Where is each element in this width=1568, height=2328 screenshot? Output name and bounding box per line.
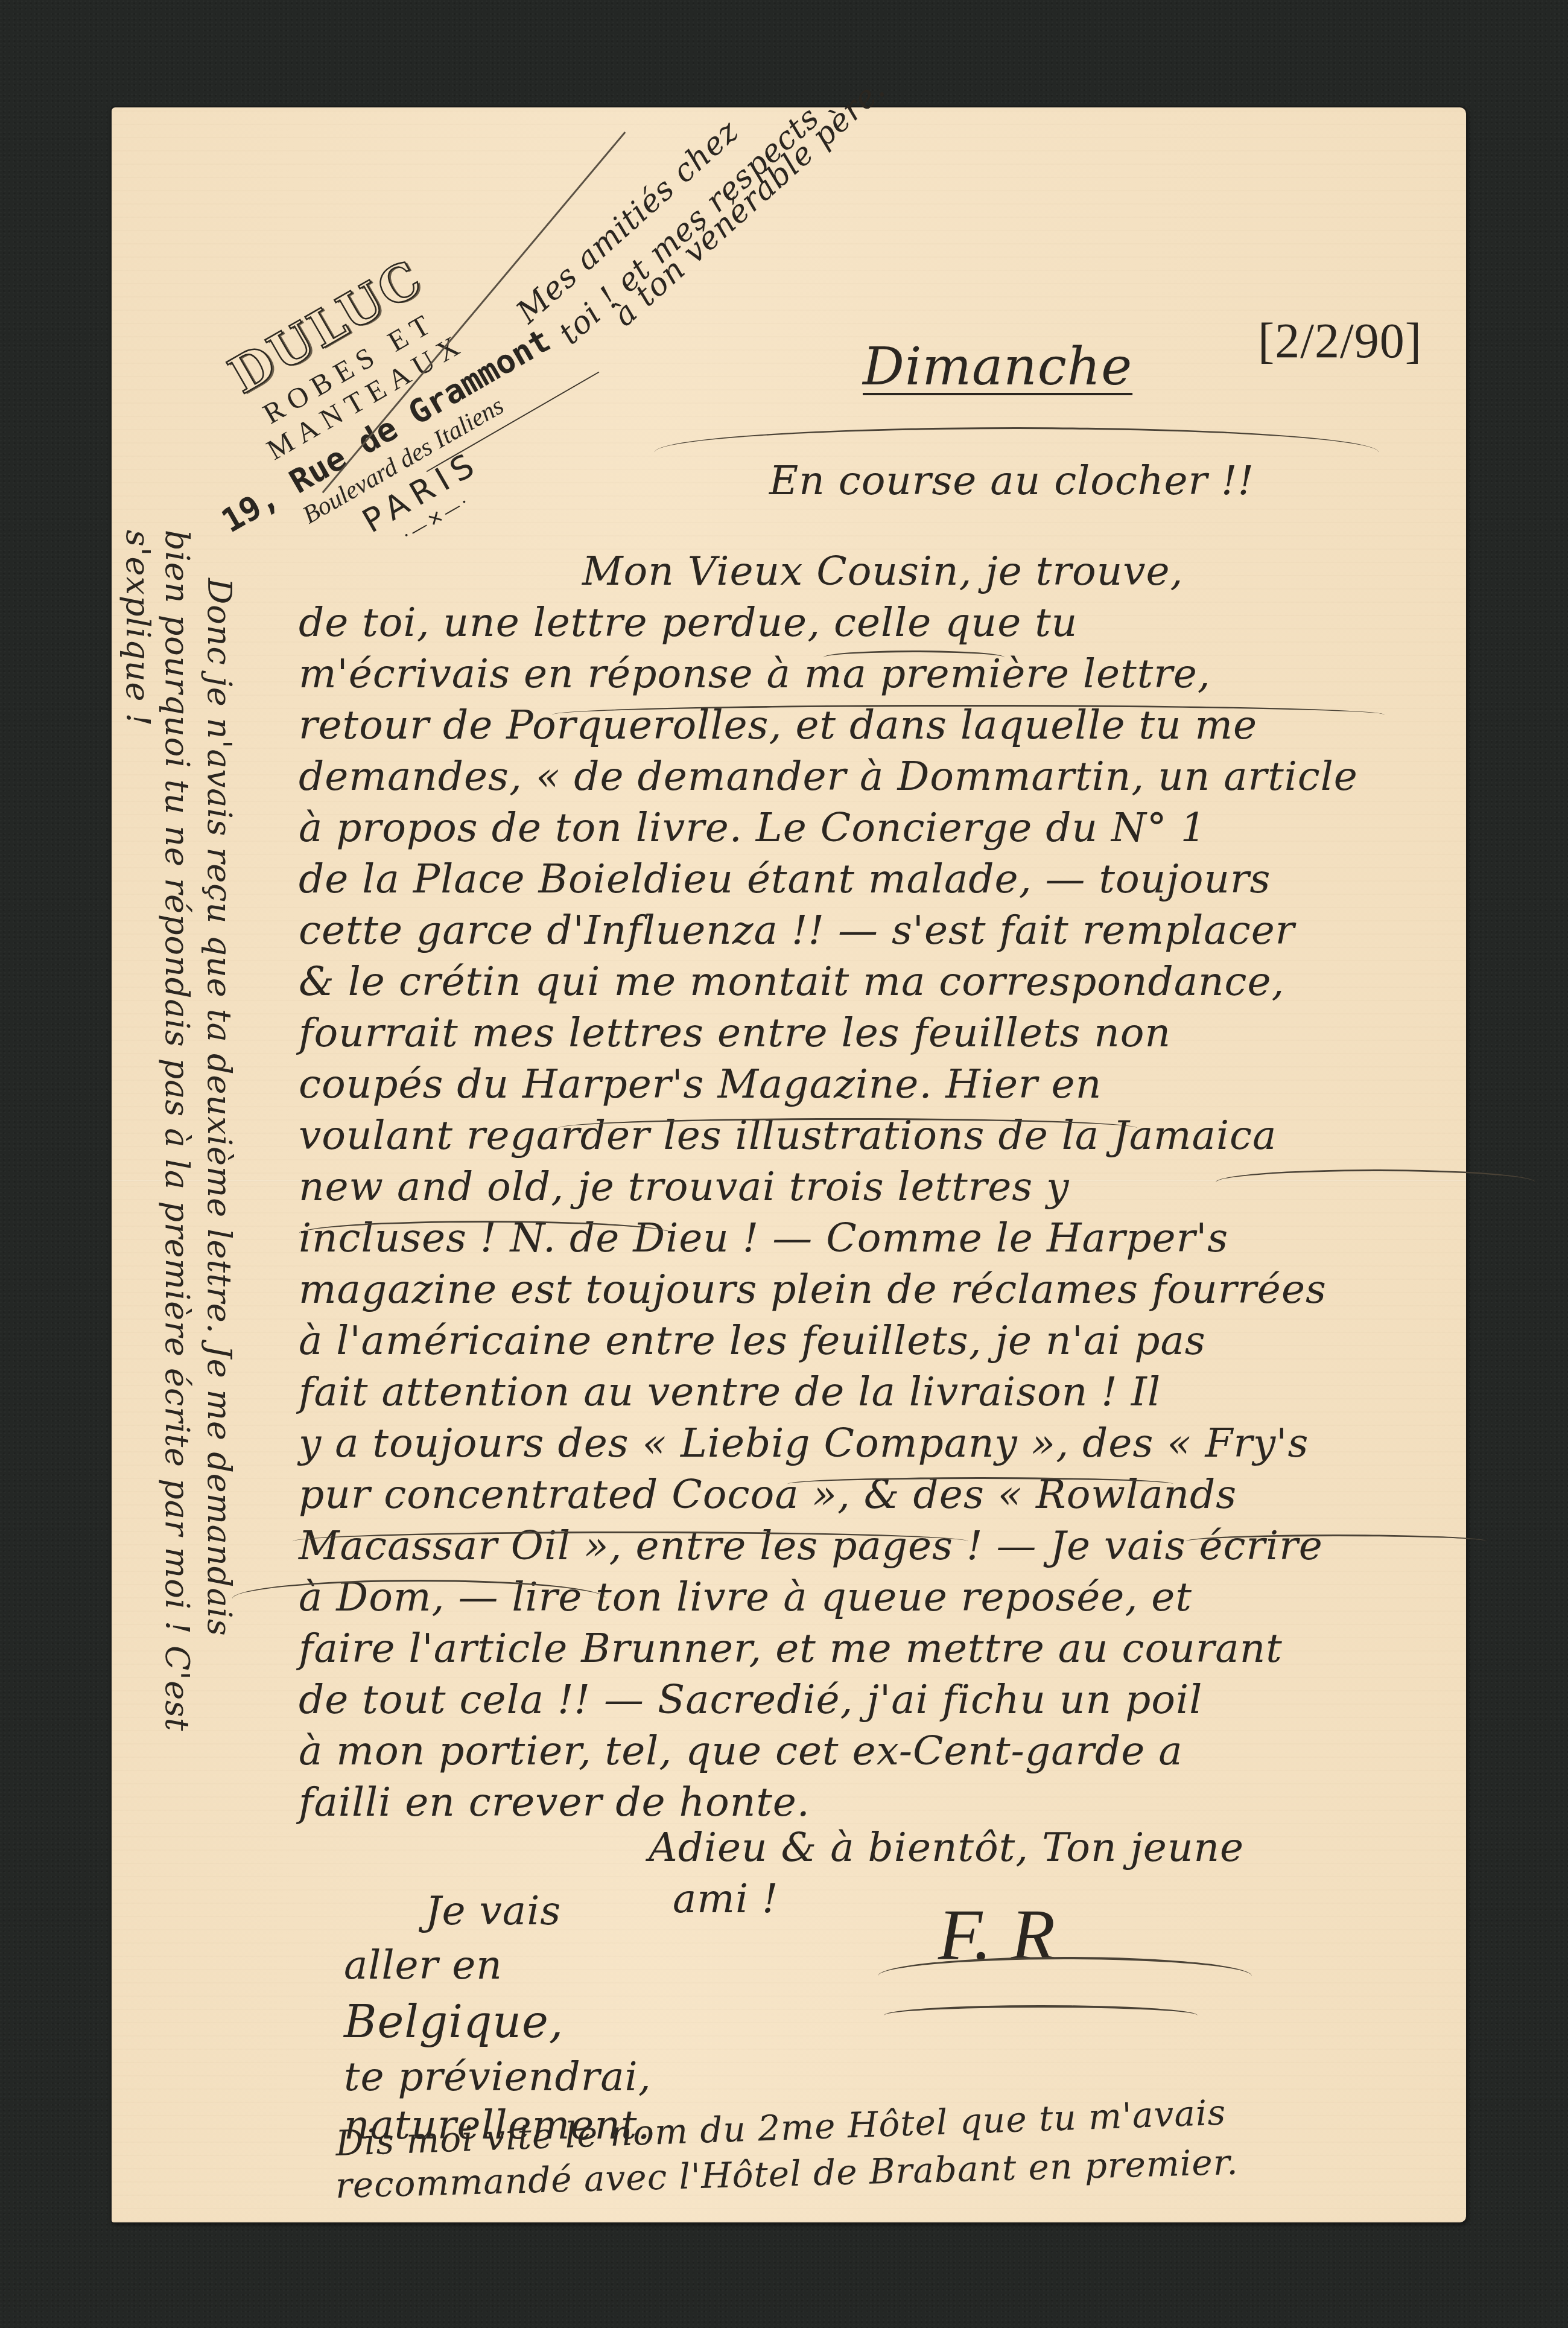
underline-stroke <box>552 705 1385 725</box>
letter-sheet: DULUC ROBES ET MANTEAUX 19, Rue de Gramm… <box>112 107 1466 2222</box>
closing-line-2: ami ! <box>673 1875 779 1922</box>
body-line-5: demandes, « de demander à Dommartin, un … <box>299 753 1358 800</box>
date-label: [2/2/90] <box>1258 313 1422 369</box>
body-line-24: à mon portier, tel, que cet ex-Cent-gard… <box>299 1728 1183 1774</box>
body-line-17: fait attention au ventre de la livraison… <box>299 1369 1161 1415</box>
underline-stroke <box>293 1531 968 1551</box>
body-line-13: new and old, je trouvai trois lettres y <box>299 1163 1069 1210</box>
closing-line-1: Adieu & à bientôt, Ton jeune <box>649 1824 1244 1871</box>
underline-stroke <box>299 1221 673 1247</box>
body-line-3: m'écrivais en réponse à ma première lett… <box>299 650 1211 697</box>
body-line-16: à l'américaine entre les feuillets, je n… <box>299 1317 1206 1364</box>
underline-stroke <box>824 650 1005 664</box>
underline-stroke <box>558 1118 1137 1138</box>
body-line-10: fourrait mes lettres entre les feuillets… <box>299 1010 1171 1056</box>
signature-flourish <box>878 1957 1252 1996</box>
ps-line-4: te préviendrai, <box>344 2053 652 2100</box>
letterhead: DULUC ROBES ET MANTEAUX 19, Rue de Gramm… <box>147 209 608 622</box>
body-line-22: faire l'article Brunner, et me mettre au… <box>299 1625 1283 1671</box>
signature-flourish <box>884 2005 1198 2026</box>
underline-stroke <box>232 1580 606 1618</box>
body-line-1: Mon Vieux Cousin, je trouve, <box>582 548 1184 594</box>
body-line-15: magazine est toujours plein de réclames … <box>299 1266 1327 1312</box>
margin-note-line-2: bien pourquoi tu ne répondais pas à la p… <box>158 530 196 1732</box>
body-line-2: de toi, une lettre perdue, celle que tu <box>299 599 1078 646</box>
body-line-11: coupés du Harper's Magazine. Hier en <box>299 1061 1102 1107</box>
margin-note-line-3: s'explique ! <box>119 530 157 727</box>
body-line-7: de la Place Boieldieu étant malade, — to… <box>299 856 1271 902</box>
body-line-9: & le crétin qui me montait ma correspond… <box>299 958 1285 1005</box>
body-line-23: de tout cela !! — Sacredié, j'ai fichu u… <box>299 1676 1202 1723</box>
ps-line-2: aller en <box>344 1942 503 1988</box>
body-line-18: y a toujours des « Liebig Company », des… <box>299 1420 1309 1466</box>
diagonal-note-line-2: toi ! et mes respects <box>552 100 827 352</box>
underline-stroke <box>1216 1169 1535 1195</box>
ps-line-3: Belgique, <box>344 1996 563 2048</box>
ps-line-1: Je vais <box>425 1888 561 1934</box>
subline: En course au clocher !! <box>769 457 1254 504</box>
margin-note-line-1: Donc je n'avais reçu que ta deuxième let… <box>200 578 238 1636</box>
underline-stroke <box>787 1477 1173 1491</box>
body-line-8: cette garce d'Influenza !! — s'est fait … <box>299 907 1295 953</box>
underline-stroke <box>1186 1535 1487 1548</box>
body-line-25: failli en crever de honte. <box>299 1779 810 1825</box>
day-label: Dimanche <box>863 337 1132 397</box>
body-line-6: à propos de ton livre. Le Concierge du N… <box>299 804 1207 851</box>
